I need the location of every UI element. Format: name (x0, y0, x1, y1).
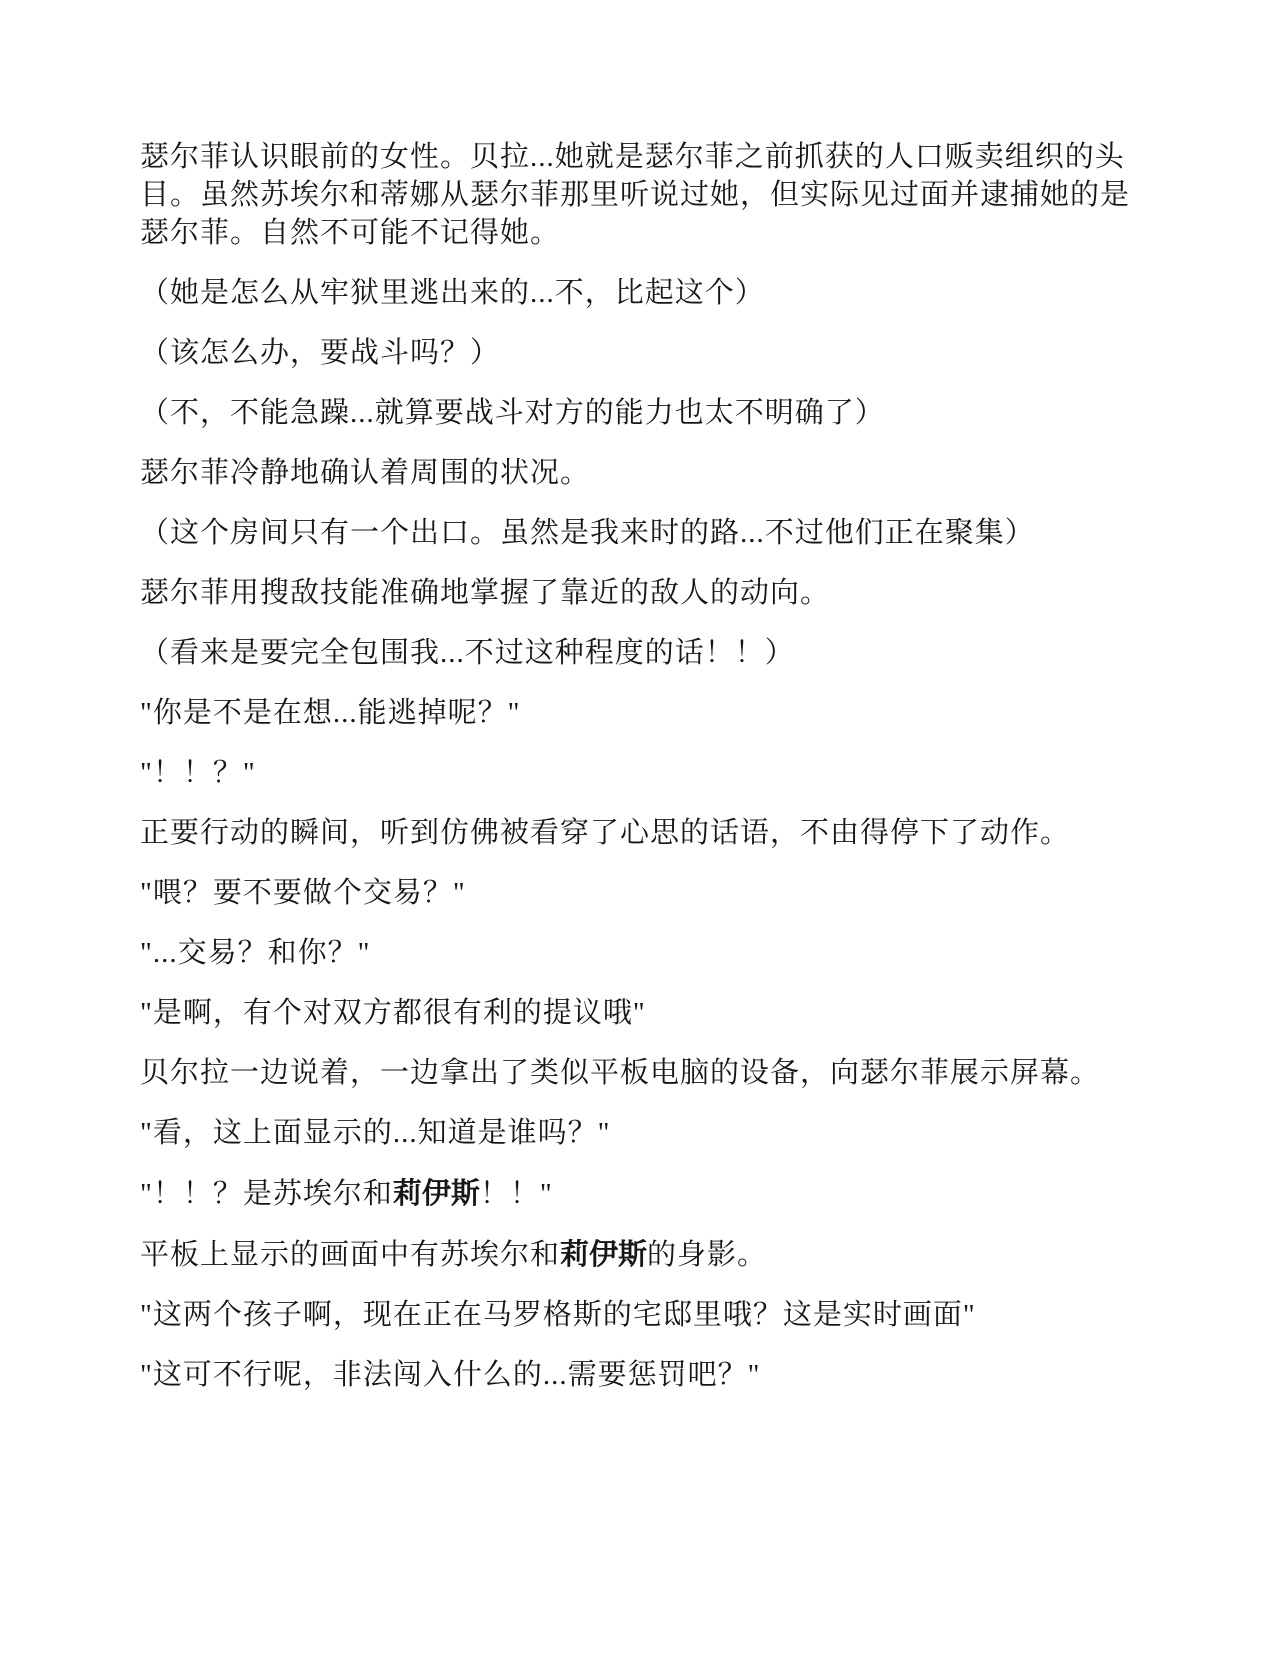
text-segment: "这可不行呢，非法闯入什么的...需要惩罚吧？" (140, 1359, 760, 1391)
text-segment: （她是怎么从牢狱里逃出来的...不，比起这个） (140, 277, 765, 309)
paragraph: "看，这上面显示的...知道是谁吗？" (140, 1114, 1160, 1152)
text-segment: 瑟尔菲认识眼前的女性。贝拉...她就是瑟尔菲之前抓获的人口贩卖组织的头 目。虽然… (140, 141, 1130, 249)
text-segment: （该怎么办，要战斗吗？） (140, 337, 500, 369)
paragraph: （该怎么办，要战斗吗？） (140, 334, 1160, 372)
paragraph: 瑟尔菲用搜敌技能准确地掌握了靠近的敌人的动向。 (140, 574, 1160, 612)
text-segment: "...交易？和你？" (140, 937, 370, 969)
text-segment: "是啊，有个对双方都很有利的提议哦" (140, 997, 646, 1029)
text-segment: "看，这上面显示的...知道是谁吗？" (140, 1117, 610, 1149)
paragraph: "这可不行呢，非法闯入什么的...需要惩罚吧？" (140, 1356, 1160, 1394)
paragraph: 正要行动的瞬间，听到仿佛被看穿了心思的话语，不由得停下了动作。 (140, 814, 1160, 852)
character-name-emphasis: 莉伊斯 (393, 1176, 480, 1210)
text-segment: 瑟尔菲冷静地确认着周围的状况。 (140, 457, 590, 489)
text-segment: "这两个孩子啊，现在正在马罗格斯的宅邸里哦？这是实时画面" (140, 1299, 976, 1331)
text-segment: 瑟尔菲用搜敌技能准确地掌握了靠近的敌人的动向。 (140, 577, 830, 609)
text-segment: ！！" (480, 1178, 553, 1210)
paragraph: （这个房间只有一个出口。虽然是我来时的路...不过他们正在聚集） (140, 514, 1160, 552)
paragraph: 瑟尔菲认识眼前的女性。贝拉...她就是瑟尔菲之前抓获的人口贩卖组织的头 目。虽然… (140, 138, 1160, 252)
paragraph: "你是不是在想...能逃掉呢？" (140, 694, 1160, 732)
paragraph-container: 瑟尔菲认识眼前的女性。贝拉...她就是瑟尔菲之前抓获的人口贩卖组织的头 目。虽然… (140, 138, 1160, 1394)
text-segment: "喂？要不要做个交易？" (140, 877, 466, 909)
text-segment: 的身影。 (647, 1239, 767, 1271)
text-segment: "！！？" (140, 757, 256, 789)
document-page: 瑟尔菲认识眼前的女性。贝拉...她就是瑟尔菲之前抓获的人口贩卖组织的头 目。虽然… (0, 0, 1280, 1656)
paragraph: "是啊，有个对双方都很有利的提议哦" (140, 994, 1160, 1032)
paragraph: （看来是要完全包围我...不过这种程度的话！！） (140, 634, 1160, 672)
text-segment: （这个房间只有一个出口。虽然是我来时的路...不过他们正在聚集） (140, 517, 1035, 549)
paragraph: 平板上显示的画面中有苏埃尔和莉伊斯的身影。 (140, 1235, 1160, 1274)
paragraph: "...交易？和你？" (140, 934, 1160, 972)
paragraph: 贝尔拉一边说着，一边拿出了类似平板电脑的设备，向瑟尔菲展示屏幕。 (140, 1054, 1160, 1092)
text-segment: 贝尔拉一边说着，一边拿出了类似平板电脑的设备，向瑟尔菲展示屏幕。 (140, 1057, 1100, 1089)
text-segment: （看来是要完全包围我...不过这种程度的话！！） (140, 637, 795, 669)
character-name-emphasis: 莉伊斯 (560, 1237, 647, 1271)
text-segment: "！！？是苏埃尔和 (140, 1178, 393, 1210)
paragraph: "！！？是苏埃尔和莉伊斯！！" (140, 1174, 1160, 1213)
paragraph: "这两个孩子啊，现在正在马罗格斯的宅邸里哦？这是实时画面" (140, 1296, 1160, 1334)
text-segment: "你是不是在想...能逃掉呢？" (140, 697, 520, 729)
text-segment: 平板上显示的画面中有苏埃尔和 (140, 1239, 560, 1271)
paragraph: （她是怎么从牢狱里逃出来的...不，比起这个） (140, 274, 1160, 312)
paragraph: "！！？" (140, 754, 1160, 792)
paragraph: （不，不能急躁...就算要战斗对方的能力也太不明确了） (140, 394, 1160, 432)
paragraph: "喂？要不要做个交易？" (140, 874, 1160, 912)
paragraph: 瑟尔菲冷静地确认着周围的状况。 (140, 454, 1160, 492)
text-segment: （不，不能急躁...就算要战斗对方的能力也太不明确了） (140, 397, 885, 429)
text-segment: 正要行动的瞬间，听到仿佛被看穿了心思的话语，不由得停下了动作。 (140, 817, 1070, 849)
